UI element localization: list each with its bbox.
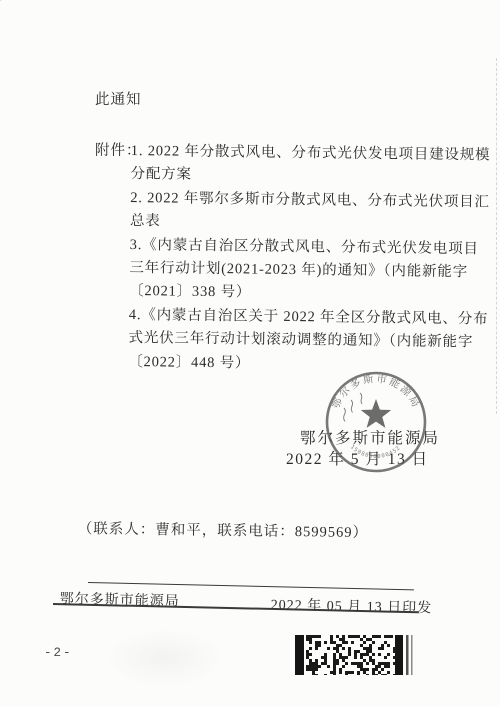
attachments-list: 1. 2022 年分散式风电、分布式光伏发电项目建设规模 分配方案 2. 202… [128, 139, 471, 377]
scan-artifact-smudge [105, 628, 225, 688]
official-seal: 鄂尔多斯市能源局 1508000000452 [320, 368, 432, 476]
scan-artifact-corner-line [0, 0, 35, 11]
document-page: 此通知 附件： 1. 2022 年分散式风电、分布式光伏发电项目建设规模 分配方… [0, 0, 500, 707]
contact-line: （联系人：曹和平，联系电话：8599569） [78, 517, 369, 542]
barcode-image [295, 635, 417, 675]
seal-star-icon [361, 399, 391, 428]
seal-serial-number: 1508000000452 [349, 444, 402, 460]
page-number: -2- [44, 646, 73, 660]
closing-text: 此通知 [95, 88, 142, 109]
svg-text:1508000000452: 1508000000452 [349, 444, 402, 460]
scan-artifact-edge-line [496, 58, 497, 414]
footer-print-date: 2022 年 05 月 13 日印发 [271, 594, 433, 617]
